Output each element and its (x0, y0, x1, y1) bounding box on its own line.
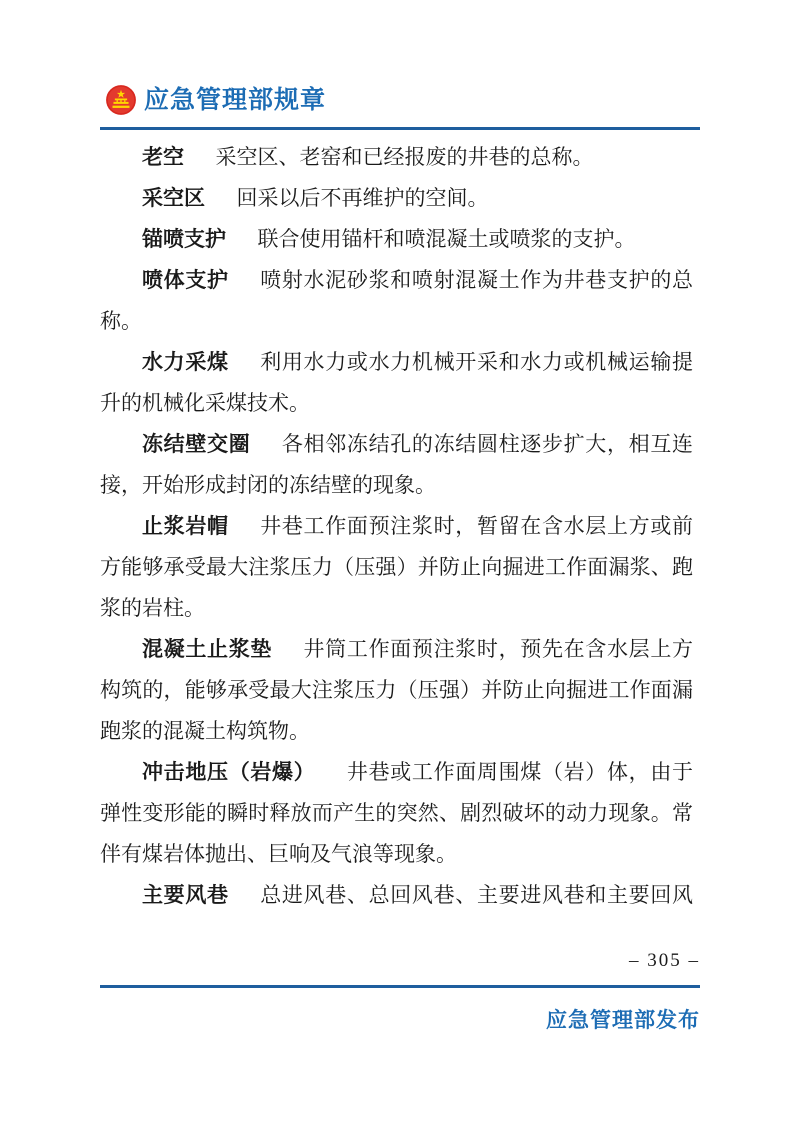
definition-entry: 老空采空区、老窑和已经报废的井巷的总称。 (100, 137, 693, 178)
term: 冲击地压（岩爆） (142, 761, 315, 784)
header-rule (100, 127, 700, 130)
definition-list: 老空采空区、老窑和已经报废的井巷的总称。 采空区回采以后不再维护的空间。 锚喷支… (100, 137, 693, 916)
definition: 回采以后不再维护的空间。 (237, 186, 489, 210)
term: 混凝土止浆垫 (142, 638, 272, 661)
definition-entry: 冻结壁交圈各相邻冻结孔的冻结圆柱逐步扩大，相互连接，开始形成封闭的冻结壁的现象。 (100, 424, 693, 506)
term: 老空 (142, 146, 184, 169)
document-page: 应急管理部规章 老空采空区、老窑和已经报废的井巷的总称。 采空区回采以后不再维护… (0, 0, 793, 1122)
page-number: – 305 – (629, 950, 700, 972)
term: 主要风巷 (142, 884, 229, 907)
definition: 采空区、老窑和已经报废的井巷的总称。 (216, 145, 594, 169)
term: 锚喷支护 (142, 228, 226, 251)
definition-entry: 水力采煤利用水力或水力机械开采和水力或机械运输提升的机械化采煤技术。 (100, 342, 693, 424)
definition-entry: 冲击地压（岩爆）井巷或工作面周围煤（岩）体，由于弹性变形能的瞬时释放而产生的突然… (100, 752, 693, 875)
term: 喷体支护 (142, 269, 229, 292)
definition: 总进风巷、总回风巷、主要进风巷和主要回风 (260, 883, 693, 907)
definition-entry: 主要风巷总进风巷、总回风巷、主要进风巷和主要回风 (100, 875, 693, 916)
publisher: 应急管理部发布 (546, 1004, 700, 1034)
definition-entry: 喷体支护喷射水泥砂浆和喷射混凝土作为井巷支护的总称。 (100, 260, 693, 342)
term: 水力采煤 (142, 351, 229, 374)
term: 采空区 (142, 187, 205, 210)
page-header: 应急管理部规章 (104, 83, 326, 117)
definition-entry: 锚喷支护联合使用锚杆和喷混凝土或喷浆的支护。 (100, 219, 693, 260)
definition-entry: 采空区回采以后不再维护的空间。 (100, 178, 693, 219)
definition: 联合使用锚杆和喷混凝土或喷浆的支护。 (258, 227, 636, 251)
definition-entry: 止浆岩帽井巷工作面预注浆时，暂留在含水层上方或前方能够承受最大注浆压力（压强）并… (100, 506, 693, 629)
china-national-emblem-icon (104, 83, 138, 117)
definition-entry: 混凝土止浆垫井筒工作面预注浆时，预先在含水层上方构筑的，能够承受最大注浆压力（压… (100, 629, 693, 752)
term: 止浆岩帽 (142, 515, 229, 538)
term: 冻结壁交圈 (142, 433, 250, 456)
header-title: 应急管理部规章 (144, 83, 326, 117)
footer-rule (100, 985, 700, 988)
